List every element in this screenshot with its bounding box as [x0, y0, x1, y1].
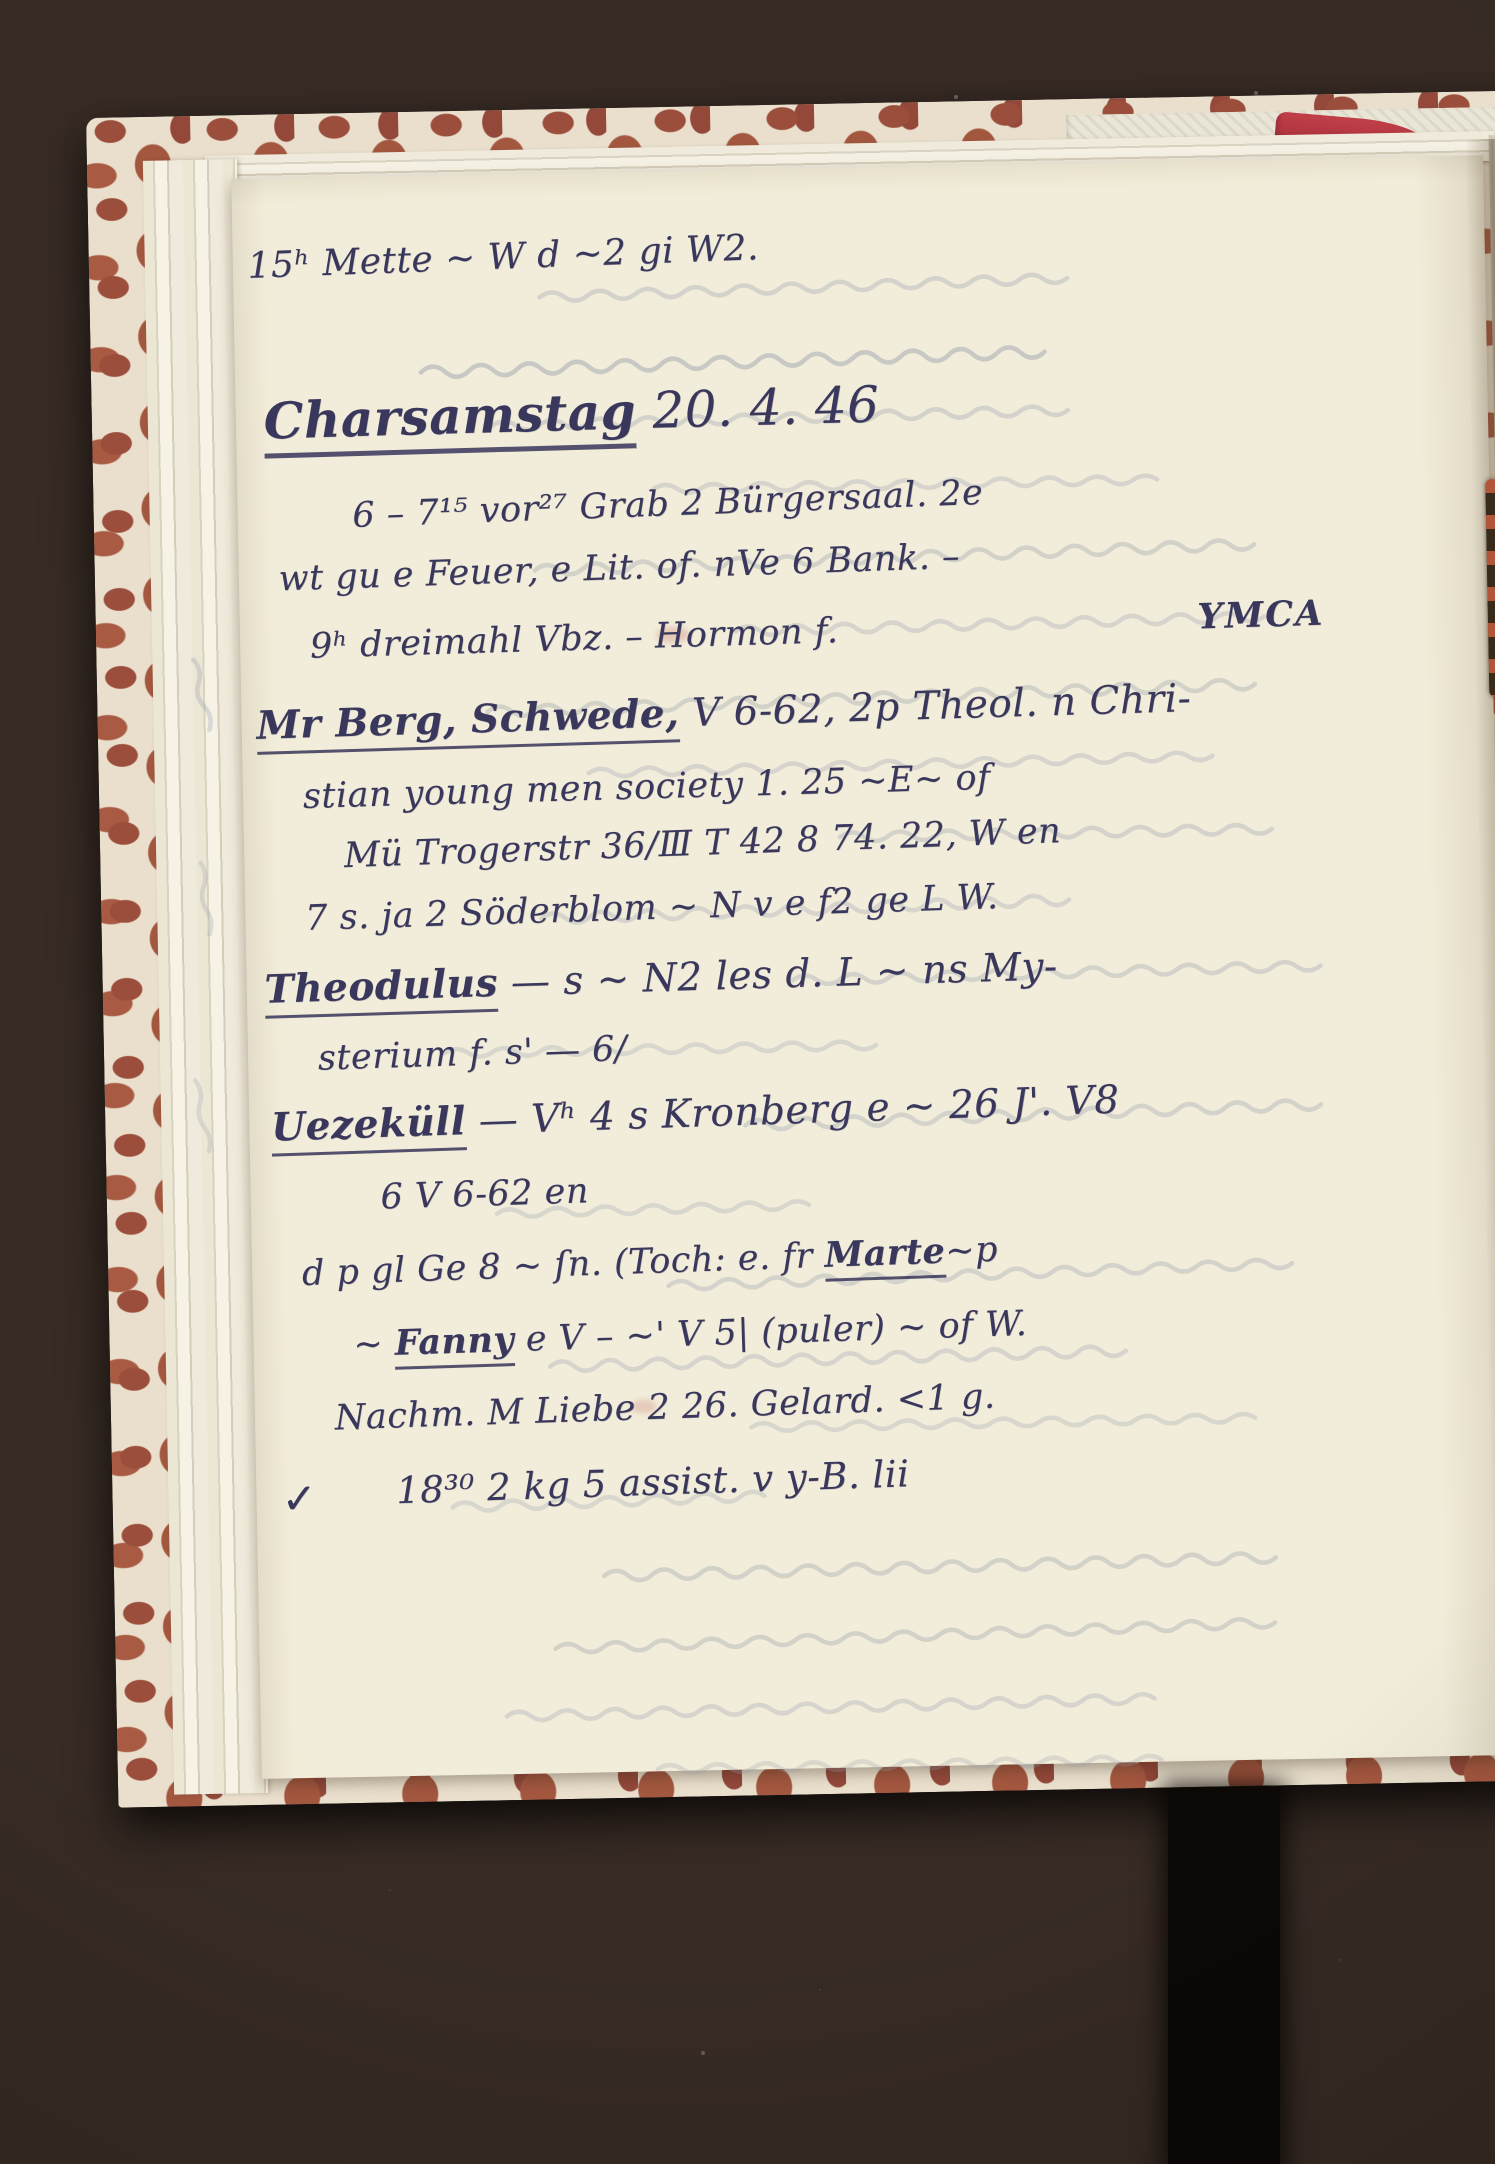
line-text: 18³⁰ 2 kg 5 assist. v y-B. lii — [395, 1452, 910, 1512]
handwriting-line: Mü Trogerstr 36/Ⅲ T 42 8 74. 22, W en — [343, 814, 1061, 874]
handwriting-line: Mr Berg, Schwede, V 6-62, 2p Theol. n Ch… — [256, 679, 1192, 746]
line-text: 6 V 6-62 en — [380, 1171, 589, 1217]
line-text: sterium f. s' — 6/ — [317, 1029, 627, 1079]
ghost-squiggle — [177, 657, 217, 722]
handwriting-line: 6 – 7¹⁵ vor²⁷ Grab 2 Bürgersaal. 2e — [352, 476, 984, 534]
handwriting-line: Uezeküll — Vʰ 4 s Kronberg e ~ 26 J'. V8 — [271, 1081, 1121, 1148]
handwriting-line: stian young men society 1. 25 ~E~ of — [302, 761, 991, 815]
handwriting-line: 6 V 6-62 en — [380, 1174, 589, 1215]
ghost-squiggle — [180, 1079, 214, 1138]
handwriting-line: ~ Fanny e V – ~' V 5| (puler) ~ of W. — [353, 1306, 1028, 1363]
line-text: wt gu e Feuer, e Lit. of. nVe 6 Bank. – — [278, 537, 961, 600]
person-name: Marte — [824, 1231, 946, 1282]
handwriting-line: Nachm. M Liebe 2 26. Gelard. <1 g. — [334, 1380, 996, 1437]
ghost-squiggle — [186, 862, 216, 915]
spine-shadow-band — [1168, 1788, 1280, 2164]
dust-specks — [0, 0, 2, 2]
handwriting-line: Theodulus — s ~ N2 les d. L ~ ns My- — [264, 947, 1058, 1010]
line-text: stian young men society 1. 25 ~E~ of — [302, 758, 991, 817]
line-text: e V – ~' V 5| (puler) ~ of W. — [513, 1304, 1027, 1360]
handwriting-line: d p gl Ge 8 ~ ſn. (Toch: e. fr Marte~p — [301, 1232, 998, 1292]
handwriting-line: 7 s. ja 2 Söderblom ~ N v e f2 ge L W. — [305, 880, 999, 937]
heading-title: Charsamstag — [263, 381, 637, 458]
checkmark-glyph: ✓ — [281, 1474, 318, 1524]
handwriting-line: 9ʰ dreimahl Vbz. – Hormon f. YMCA — [310, 614, 839, 665]
checkmark-icon: ✓ — [281, 1478, 318, 1521]
line-text: 9ʰ dreimahl Vbz. – Hormon f. — [309, 611, 839, 667]
line-text: ~ — [353, 1324, 396, 1365]
handwriting-line: 18³⁰ 2 kg 5 assist. v y-B. lii — [396, 1455, 910, 1509]
line-text: 7 s. ja 2 Söderblom ~ N v e f2 ge L W. — [305, 877, 1000, 939]
line-text: 15ʰ Mette ~ W d ~2 gi W2. — [247, 227, 760, 287]
ymca-note: YMCA — [1197, 596, 1325, 635]
handwriting-line: sterium f. s' — 6/ — [317, 1032, 627, 1077]
person-name: Uezeküll — [270, 1098, 466, 1156]
handwriting-line: 15ʰ Mette ~ W d ~2 gi W2. — [247, 230, 760, 285]
line-text: ~p — [945, 1230, 999, 1272]
line-text: d p gl Ge 8 ~ ſn. (Toch: e. fr — [301, 1236, 825, 1294]
heading-date: 20. 4. 46 — [635, 375, 880, 440]
handwriting-line: wt gu e Feuer, e Lit. of. nVe 6 Bank. – — [278, 540, 960, 598]
line-text: Nachm. M Liebe 2 26. Gelard. <1 g. — [334, 1377, 996, 1439]
person-name: Theodulus — [264, 960, 499, 1019]
person-name: Fanny — [394, 1319, 515, 1370]
line-text: — s ~ N2 les d. L ~ ns My- — [497, 944, 1058, 1006]
notebook: 15ʰ Mette ~ W d ~2 gi W2. Charsamstag 20… — [86, 89, 1495, 1807]
person-name: Mr Berg, Schwede, — [256, 690, 680, 755]
photo-of-handwritten-diary: 15ʰ Mette ~ W d ~2 gi W2. Charsamstag 20… — [0, 0, 1495, 2164]
handwriting-block: 15ʰ Mette ~ W d ~2 gi W2. Charsamstag 20… — [231, 155, 1495, 1779]
entry-heading: Charsamstag 20. 4. 46 — [263, 379, 880, 446]
line-text: — Vʰ 4 s Kronberg e ~ 26 J'. V8 — [465, 1078, 1120, 1145]
line-text: V 6-62, 2p Theol. n Chri- — [679, 676, 1192, 736]
line-text: Mü Trogerstr 36/Ⅲ T 42 8 74. 22, W en — [343, 811, 1062, 876]
line-text: 6 – 7¹⁵ vor²⁷ Grab 2 Bürgersaal. 2e — [352, 473, 984, 536]
